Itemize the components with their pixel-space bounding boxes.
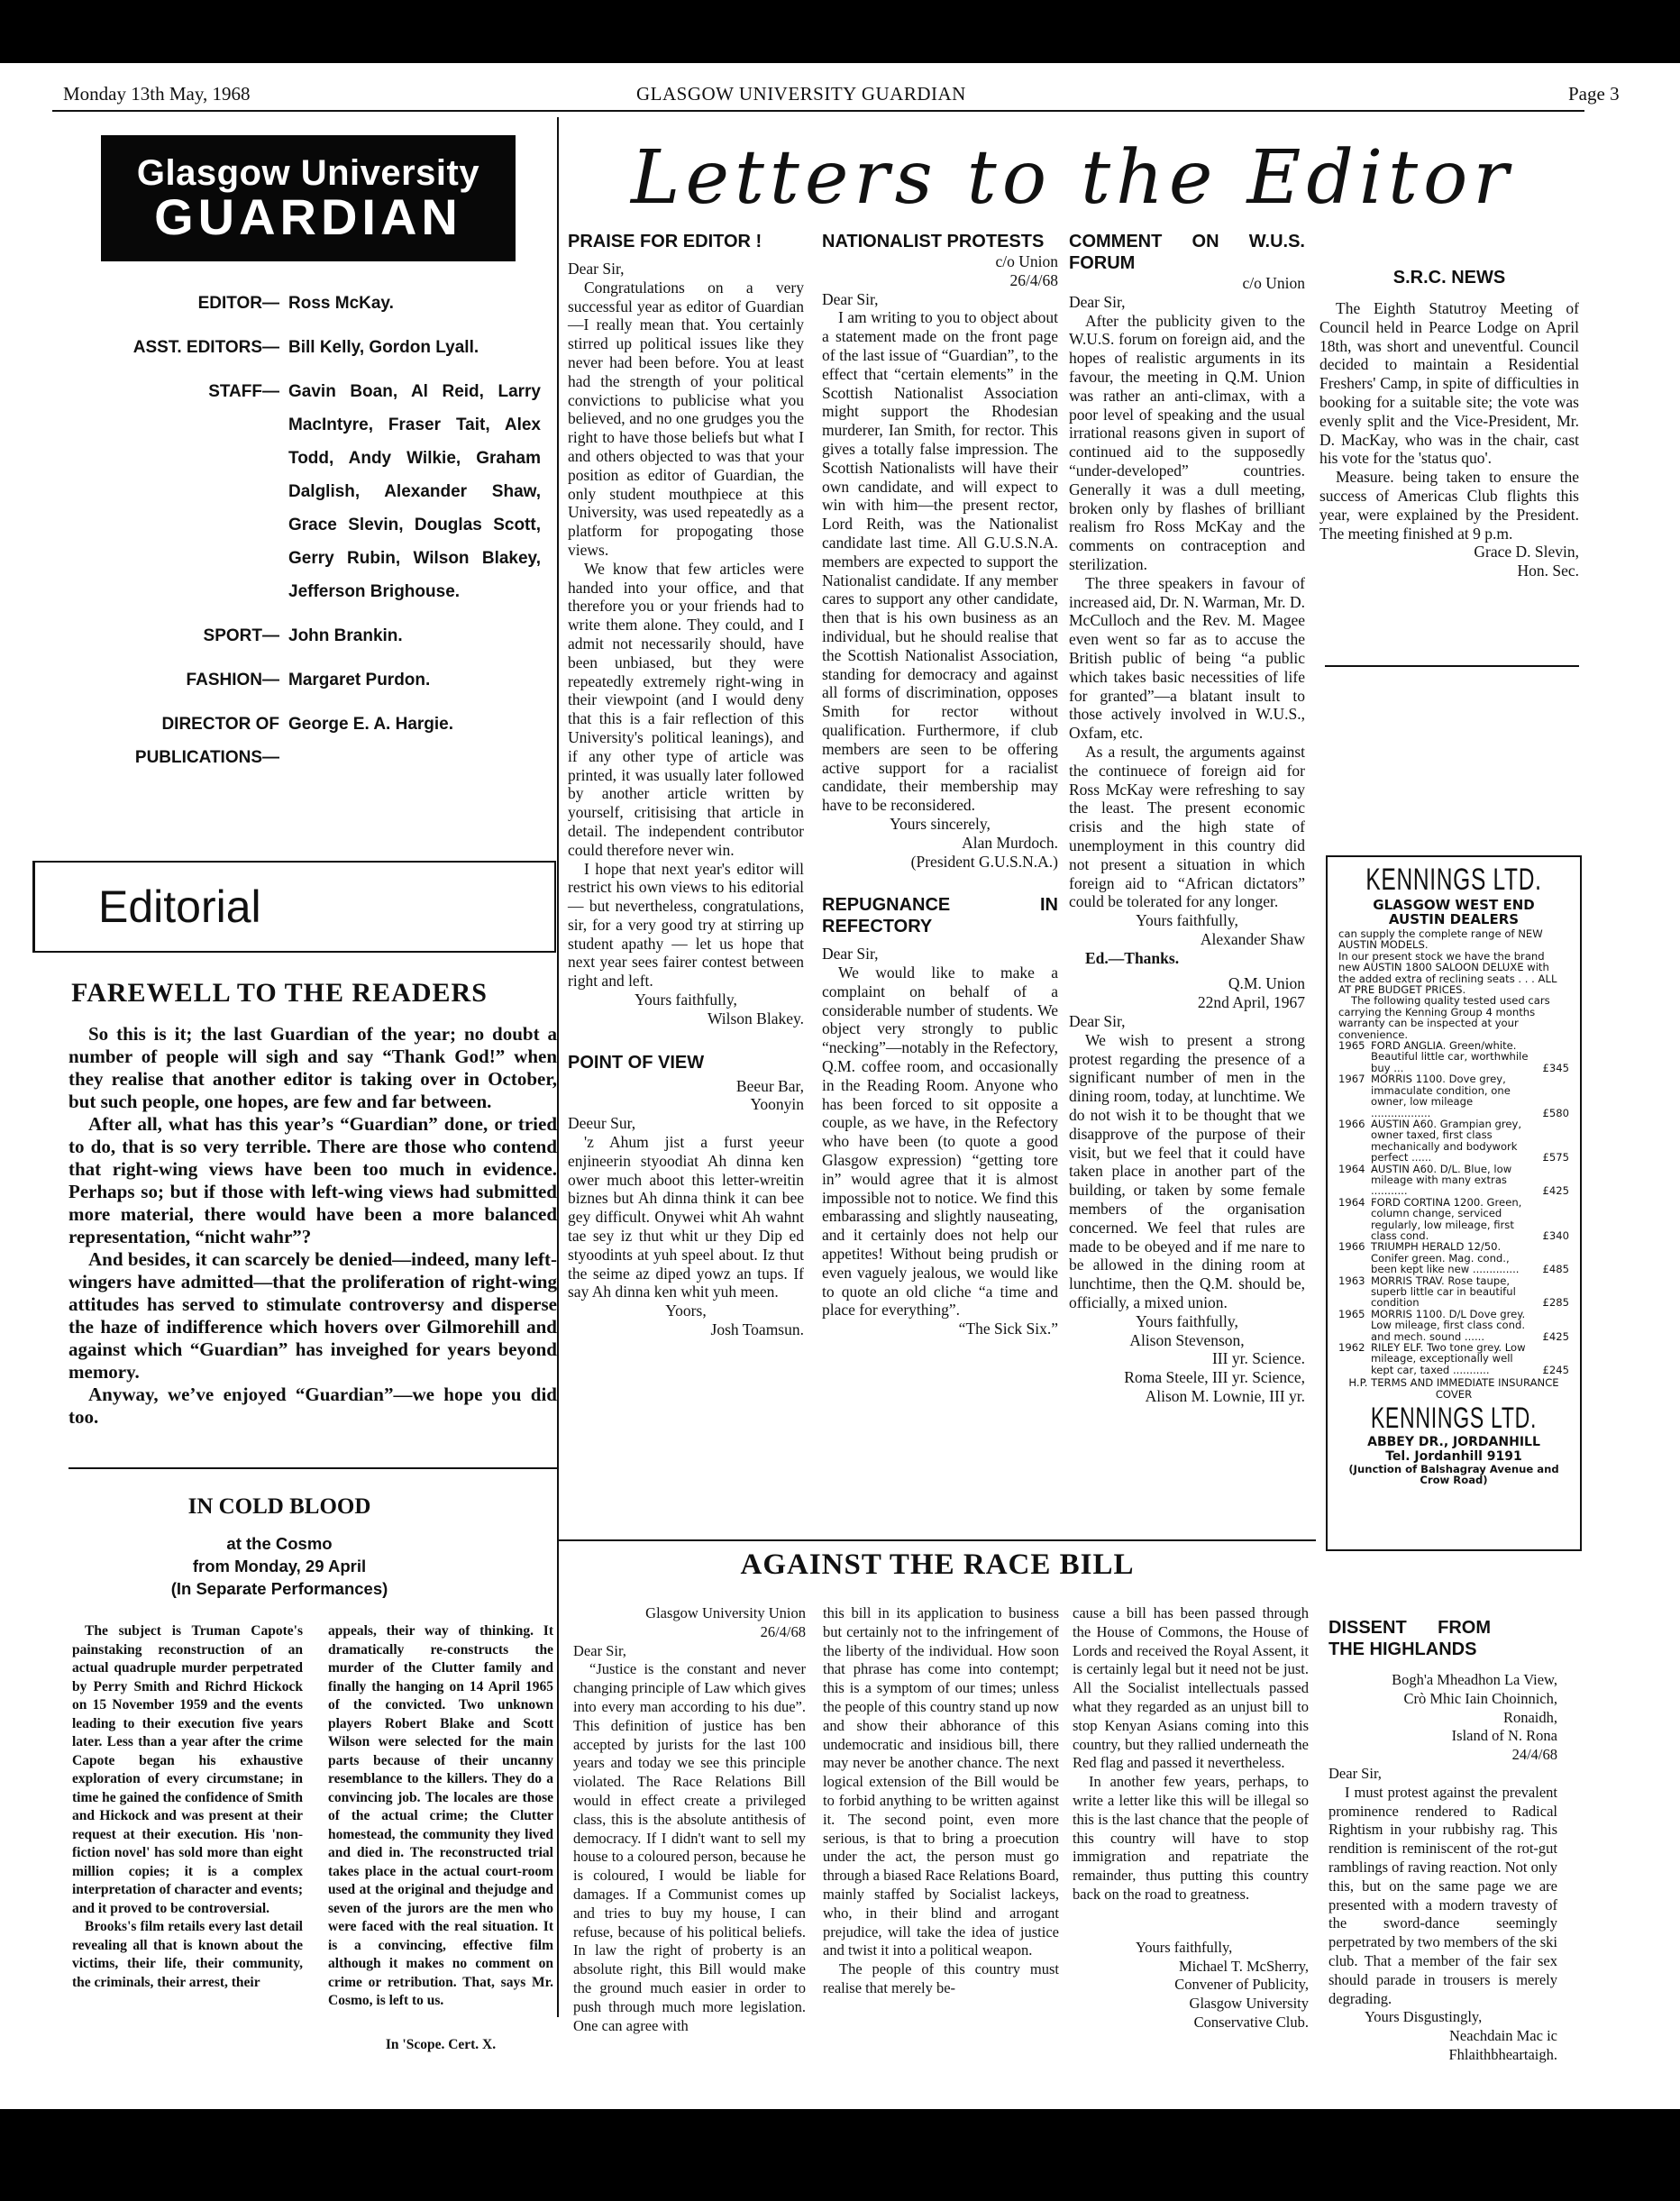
masthead-line2: GUARDIAN bbox=[101, 192, 516, 242]
kennings-advert: KENNINGS LTD. GLASGOW WEST END AUSTIN DE… bbox=[1326, 855, 1582, 1551]
letters-section-title: Letters to the Editor bbox=[631, 135, 1640, 221]
car-desc: FORD CORTINA 1200. Green, column change,… bbox=[1371, 1197, 1533, 1242]
editorial-paragraph: So this is it; the last Guardian of the … bbox=[68, 1023, 557, 1113]
closing: Yours faithfully, bbox=[1073, 1939, 1309, 1958]
editorial-paragraph: And besides, it can scarcely be denied—i… bbox=[68, 1248, 557, 1384]
car-listing: 1964FORD CORTINA 1200. Green, column cha… bbox=[1328, 1197, 1580, 1242]
staff-names: John Brankin. bbox=[288, 619, 541, 653]
issue-date: Monday 13th May, 1968 bbox=[63, 83, 250, 105]
car-price: £245 bbox=[1533, 1365, 1569, 1375]
staff-role: DIRECTOR OF PUBLICATIONS— bbox=[36, 708, 288, 774]
subtitle-line: at the Cosmo bbox=[0, 1532, 559, 1555]
staff-role: STAFF— bbox=[36, 375, 288, 608]
closing: Yours sincerely, bbox=[822, 815, 1058, 834]
film-rating: In 'Scope. Cert. X. bbox=[328, 2036, 553, 2055]
src-news: S.R.C. NEWS The Eighth Statutroy Meeting… bbox=[1319, 267, 1579, 580]
address-line: c/o Union bbox=[822, 252, 1058, 271]
letter-paragraph: The three speakers in favour of increase… bbox=[1069, 574, 1305, 743]
car-listing: 1966TRIUMPH HERALD 12/50. Conifer green.… bbox=[1328, 1241, 1580, 1274]
editorial-paragraph: After all, what has this year’s “Guardia… bbox=[68, 1113, 557, 1248]
car-price: £575 bbox=[1533, 1152, 1569, 1163]
letter-paragraph: We would like to make a complaint on beh… bbox=[822, 964, 1058, 1320]
address-line: Yoonyin bbox=[568, 1095, 804, 1114]
signature: Conservative Club. bbox=[1073, 2014, 1309, 2032]
staff-role: EDITOR— bbox=[36, 287, 288, 320]
closing: Yours faithfully, bbox=[1069, 1312, 1305, 1331]
closing: Yours Disgustingly, bbox=[1328, 2008, 1557, 2027]
salutation: Dear Sir, bbox=[822, 290, 1058, 309]
signature: III yr. Science. bbox=[1069, 1349, 1305, 1368]
salutation: Dear Sir, bbox=[1069, 1012, 1305, 1031]
section-rule bbox=[559, 1539, 1316, 1541]
ad-subtitle: AUSTIN DEALERS bbox=[1328, 912, 1580, 927]
signature: Josh Toamsun. bbox=[568, 1320, 804, 1339]
section-rule bbox=[1325, 665, 1579, 667]
address-line: Bogh'a Mheadhon La View, bbox=[1328, 1671, 1557, 1690]
signature: Alexander Shaw bbox=[1069, 930, 1305, 949]
staff-row: SPORT—John Brankin. bbox=[36, 619, 559, 653]
address-line: Q.M. Union bbox=[1069, 974, 1305, 993]
car-listing: 1965MORRIS 1100. D/L Dove grey. Low mile… bbox=[1328, 1309, 1580, 1342]
address-line: 24/4/68 bbox=[1328, 1746, 1557, 1765]
src-news-headline: S.R.C. NEWS bbox=[1319, 267, 1579, 288]
letter-paragraph: I hope that next year's editor will rest… bbox=[568, 860, 804, 991]
subtitle-line: (In Separate Performances) bbox=[0, 1577, 559, 1600]
salutation: Dear Sir, bbox=[1069, 293, 1305, 312]
letter-paragraph: In another few years, perhaps, to write … bbox=[1073, 1773, 1309, 1904]
editorial-body: So this is it; the last Guardian of the … bbox=[68, 1023, 557, 1429]
letter-paragraph: The people of this country must realise … bbox=[823, 1960, 1059, 1998]
letter-paragraph: “Justice is the constant and never chang… bbox=[573, 1660, 806, 2035]
letter-paragraph: 'z Ahum jist a furst yeeur enjineerin st… bbox=[568, 1133, 804, 1301]
car-price: £425 bbox=[1533, 1185, 1569, 1196]
address-line: Crò Mhic Iain Choinnich, bbox=[1328, 1690, 1557, 1709]
ad-address: ABBEY DR., JORDANHILL bbox=[1328, 1435, 1580, 1449]
news-paragraph: Measure. being taken to ensure the succe… bbox=[1319, 468, 1579, 543]
address-line: 26/4/68 bbox=[573, 1623, 806, 1642]
letter-paragraph: We know that few articles were handed in… bbox=[568, 560, 804, 860]
salutation: Deeur Sur, bbox=[568, 1114, 804, 1133]
staff-names: Ross McKay. bbox=[288, 287, 541, 320]
signature: Wilson Blakey. bbox=[568, 1009, 804, 1028]
car-year: 1965 bbox=[1338, 1040, 1371, 1073]
letter-paragraph: cause a bill has been passed through the… bbox=[1073, 1604, 1309, 1773]
staff-row: DIRECTOR OF PUBLICATIONS—George E. A. Ha… bbox=[36, 708, 559, 774]
salutation: Dear Sir, bbox=[568, 260, 804, 279]
race-bill-col2: this bill in its application to business… bbox=[823, 1604, 1059, 1998]
car-year: 1966 bbox=[1338, 1119, 1371, 1164]
signature: Alison Stevenson, bbox=[1069, 1331, 1305, 1350]
editorial-label-box: Editorial bbox=[32, 861, 556, 953]
car-desc: TRIUMPH HERALD 12/50. Conifer green. Mag… bbox=[1371, 1241, 1533, 1274]
editor-note: Ed.—Thanks. bbox=[1069, 949, 1305, 968]
car-listing: 1964AUSTIN A60. D/L. Blue, low mileage w… bbox=[1328, 1164, 1580, 1197]
ad-company: KENNINGS LTD. bbox=[1363, 863, 1545, 898]
staff-names: Margaret Purdon. bbox=[288, 663, 541, 697]
car-price: £285 bbox=[1533, 1297, 1569, 1308]
letter-wus: COMMENT ON W.U.S. FORUM c/o Union Dear S… bbox=[1069, 231, 1305, 1406]
car-year: 1965 bbox=[1338, 1309, 1371, 1342]
signature-title: (President G.U.S.N.A.) bbox=[822, 853, 1058, 872]
editorial-paragraph: Anyway, we’ve enjoyed “Guardian”—we hope… bbox=[68, 1384, 557, 1429]
letter-paragraph: After the publicity given to the W.U.S. … bbox=[1069, 312, 1305, 574]
editorial-label: Editorial bbox=[98, 881, 261, 933]
salutation: Dear Sir, bbox=[822, 945, 1058, 964]
scan-border-bottom bbox=[0, 2109, 1680, 2201]
signature-title: Hon. Sec. bbox=[1319, 562, 1579, 580]
car-desc: MORRIS 1100. Dove grey, immaculate condi… bbox=[1371, 1073, 1533, 1119]
film-review-col2: appeals, their way of thinking. It drama… bbox=[328, 1622, 553, 2054]
race-bill-col3: cause a bill has been passed through the… bbox=[1073, 1604, 1309, 2032]
film-review-col1: The subject is Truman Capote's painstaki… bbox=[72, 1622, 303, 1992]
signature: Alan Murdoch. bbox=[822, 834, 1058, 853]
address-line: 26/4/68 bbox=[822, 271, 1058, 290]
column-divider bbox=[557, 1548, 559, 2017]
staff-role: FASHION— bbox=[36, 663, 288, 697]
car-year: 1964 bbox=[1338, 1197, 1371, 1242]
letter-praise: PRAISE FOR EDITOR ! Dear Sir, Congratula… bbox=[568, 231, 804, 1339]
car-year: 1966 bbox=[1338, 1241, 1371, 1274]
address-line: 22nd April, 1967 bbox=[1069, 993, 1305, 1012]
letter-headline: NATIONALIST PROTESTS bbox=[822, 231, 1058, 252]
ad-telephone: Tel. Jordanhill 9191 bbox=[1328, 1449, 1580, 1464]
signature: “The Sick Six.” bbox=[822, 1320, 1058, 1338]
letter-paragraph: As a result, the arguments against the c… bbox=[1069, 743, 1305, 911]
car-price: £340 bbox=[1533, 1230, 1569, 1241]
letter-headline: REPUGNANCE IN REFECTORY bbox=[822, 894, 1058, 937]
car-year: 1962 bbox=[1338, 1342, 1371, 1375]
ad-subtitle: GLASGOW WEST END bbox=[1328, 898, 1580, 912]
car-price: £485 bbox=[1533, 1264, 1569, 1274]
car-year: 1967 bbox=[1338, 1073, 1371, 1119]
page-number: Page 3 bbox=[1568, 83, 1620, 105]
staff-row: ASST. EDITORS—Bill Kelly, Gordon Lyall. bbox=[36, 331, 559, 364]
staff-row: STAFF—Gavin Boan, Al Reid, Larry MacInty… bbox=[36, 375, 559, 608]
paper-name: GLASGOW UNIVERSITY GUARDIAN bbox=[636, 83, 966, 105]
letter-paragraph: I must protest against the prevalent pro… bbox=[1328, 1784, 1557, 2009]
letter-nationalist: NATIONALIST PROTESTS c/o Union 26/4/68 D… bbox=[822, 231, 1058, 1338]
letter-paragraph: Congratulations on a very successful yea… bbox=[568, 279, 804, 560]
car-price: £345 bbox=[1533, 1063, 1569, 1073]
signature: Fhlaithbheartaigh. bbox=[1328, 2046, 1557, 2065]
staff-list: EDITOR—Ross McKay. ASST. EDITORS—Bill Ke… bbox=[36, 287, 559, 785]
signature: Alison M. Lownie, III yr. bbox=[1069, 1387, 1305, 1406]
review-paragraph: appeals, their way of thinking. It drama… bbox=[328, 1622, 553, 2011]
closing: Yours faithfully, bbox=[568, 991, 804, 1009]
ad-text: In our present stock we have the brand n… bbox=[1328, 951, 1580, 996]
address-line: c/o Union bbox=[1069, 274, 1305, 293]
car-desc: FORD ANGLIA. Green/white. Beautiful litt… bbox=[1371, 1040, 1533, 1073]
address-line: Ronaidh, bbox=[1328, 1709, 1557, 1728]
race-bill-col1: Glasgow University Union 26/4/68 Dear Si… bbox=[573, 1604, 806, 2035]
signature: Roma Steele, III yr. Science, bbox=[1069, 1368, 1305, 1387]
car-listing: 1963MORRIS TRAV. Rose taupe, superb litt… bbox=[1328, 1275, 1580, 1309]
car-price: £425 bbox=[1533, 1331, 1569, 1342]
address-line: Island of N. Rona bbox=[1328, 1727, 1557, 1746]
letter-headline: COMMENT ON W.U.S. FORUM bbox=[1069, 231, 1305, 274]
letter-highlands: DISSENT FROM THE HIGHLANDS Bogh'a Mheadh… bbox=[1328, 1617, 1557, 2065]
scan-border-top bbox=[0, 0, 1680, 63]
car-year: 1964 bbox=[1338, 1164, 1371, 1197]
letter-headline: PRAISE FOR EDITOR ! bbox=[568, 231, 804, 252]
signature: Glasgow University bbox=[1073, 1995, 1309, 2014]
car-desc: MORRIS TRAV. Rose taupe, superb little c… bbox=[1371, 1275, 1533, 1309]
car-desc: AUSTIN A60. Grampian grey, owner taxed, … bbox=[1371, 1119, 1533, 1164]
closing: Yoors, bbox=[568, 1301, 804, 1320]
car-desc: MORRIS 1100. D/L Dove grey. Low mileage,… bbox=[1371, 1309, 1533, 1342]
car-listing: 1965FORD ANGLIA. Green/white. Beautiful … bbox=[1328, 1040, 1580, 1073]
ad-text: The following quality tested used cars c… bbox=[1328, 995, 1580, 1040]
ad-terms: H.P. TERMS AND IMMEDIATE INSURANCE COVER bbox=[1328, 1377, 1580, 1400]
letter-paragraph: We wish to present a strong protest rega… bbox=[1069, 1031, 1305, 1312]
salutation: Dear Sir, bbox=[1328, 1765, 1557, 1784]
editorial-headline: FAREWELL TO THE READERS bbox=[0, 978, 559, 1009]
car-desc: AUSTIN A60. D/L. Blue, low mileage with … bbox=[1371, 1164, 1533, 1197]
car-listing: 1962RILEY ELF. Two tone grey. Low mileag… bbox=[1328, 1342, 1580, 1375]
review-paragraph: Brooks's film retails every last detail … bbox=[72, 1918, 303, 1992]
staff-row: EDITOR—Ross McKay. bbox=[36, 287, 559, 320]
signature: Neachdain Mac ic bbox=[1328, 2027, 1557, 2046]
header-rule bbox=[52, 110, 1584, 112]
salutation: Dear Sir, bbox=[573, 1642, 806, 1661]
closing: Yours faithfully, bbox=[1069, 911, 1305, 930]
staff-names: Gavin Boan, Al Reid, Larry MacIntyre, Fr… bbox=[288, 375, 541, 608]
news-paragraph: The Eighth Statutroy Meeting of Council … bbox=[1319, 299, 1579, 468]
car-listing: 1967MORRIS 1100. Dove grey, immaculate c… bbox=[1328, 1073, 1580, 1119]
car-year: 1963 bbox=[1338, 1275, 1371, 1309]
letter-paragraph: I am writing to you to object about a st… bbox=[822, 308, 1058, 815]
staff-names: George E. A. Hargie. bbox=[288, 708, 541, 774]
letter-headline: POINT OF VIEW bbox=[568, 1052, 804, 1073]
ad-directions: (Junction of Balshagray Avenue and Crow … bbox=[1328, 1464, 1580, 1486]
review-paragraph: The subject is Truman Capote's painstaki… bbox=[72, 1622, 303, 1918]
letter-headline: DISSENT FROM THE HIGHLANDS bbox=[1328, 1617, 1491, 1660]
car-listing: 1966AUSTIN A60. Grampian grey, owner tax… bbox=[1328, 1119, 1580, 1164]
signature: Michael T. McSherry, bbox=[1073, 1958, 1309, 1977]
staff-role: ASST. EDITORS— bbox=[36, 331, 288, 364]
film-review-subtitle: at the Cosmo from Monday, 29 April (In S… bbox=[0, 1532, 559, 1600]
subtitle-line: from Monday, 29 April bbox=[0, 1555, 559, 1577]
staff-role: SPORT— bbox=[36, 619, 288, 653]
staff-names: Bill Kelly, Gordon Lyall. bbox=[288, 331, 541, 364]
masthead: Glasgow University GUARDIAN bbox=[101, 135, 516, 261]
signature: Convener of Publicity, bbox=[1073, 1976, 1309, 1995]
address-line: Beeur Bar, bbox=[568, 1077, 804, 1096]
car-desc: RILEY ELF. Two tone grey. Low mileage, e… bbox=[1371, 1342, 1533, 1375]
car-price: £580 bbox=[1533, 1108, 1569, 1119]
film-review-title: IN COLD BLOOD bbox=[0, 1494, 559, 1520]
ad-text: can supply the complete range of NEW AUS… bbox=[1328, 928, 1580, 951]
address-line: Glasgow University Union bbox=[573, 1604, 806, 1623]
ad-footer-company: KENNINGS LTD. bbox=[1363, 1402, 1545, 1435]
letter-paragraph: this bill in its application to business… bbox=[823, 1604, 1059, 1960]
race-bill-headline: AGAINST THE RACE BILL bbox=[559, 1548, 1316, 1582]
signature: Grace D. Slevin, bbox=[1319, 543, 1579, 562]
staff-row: FASHION—Margaret Purdon. bbox=[36, 663, 559, 697]
section-rule bbox=[68, 1467, 559, 1469]
